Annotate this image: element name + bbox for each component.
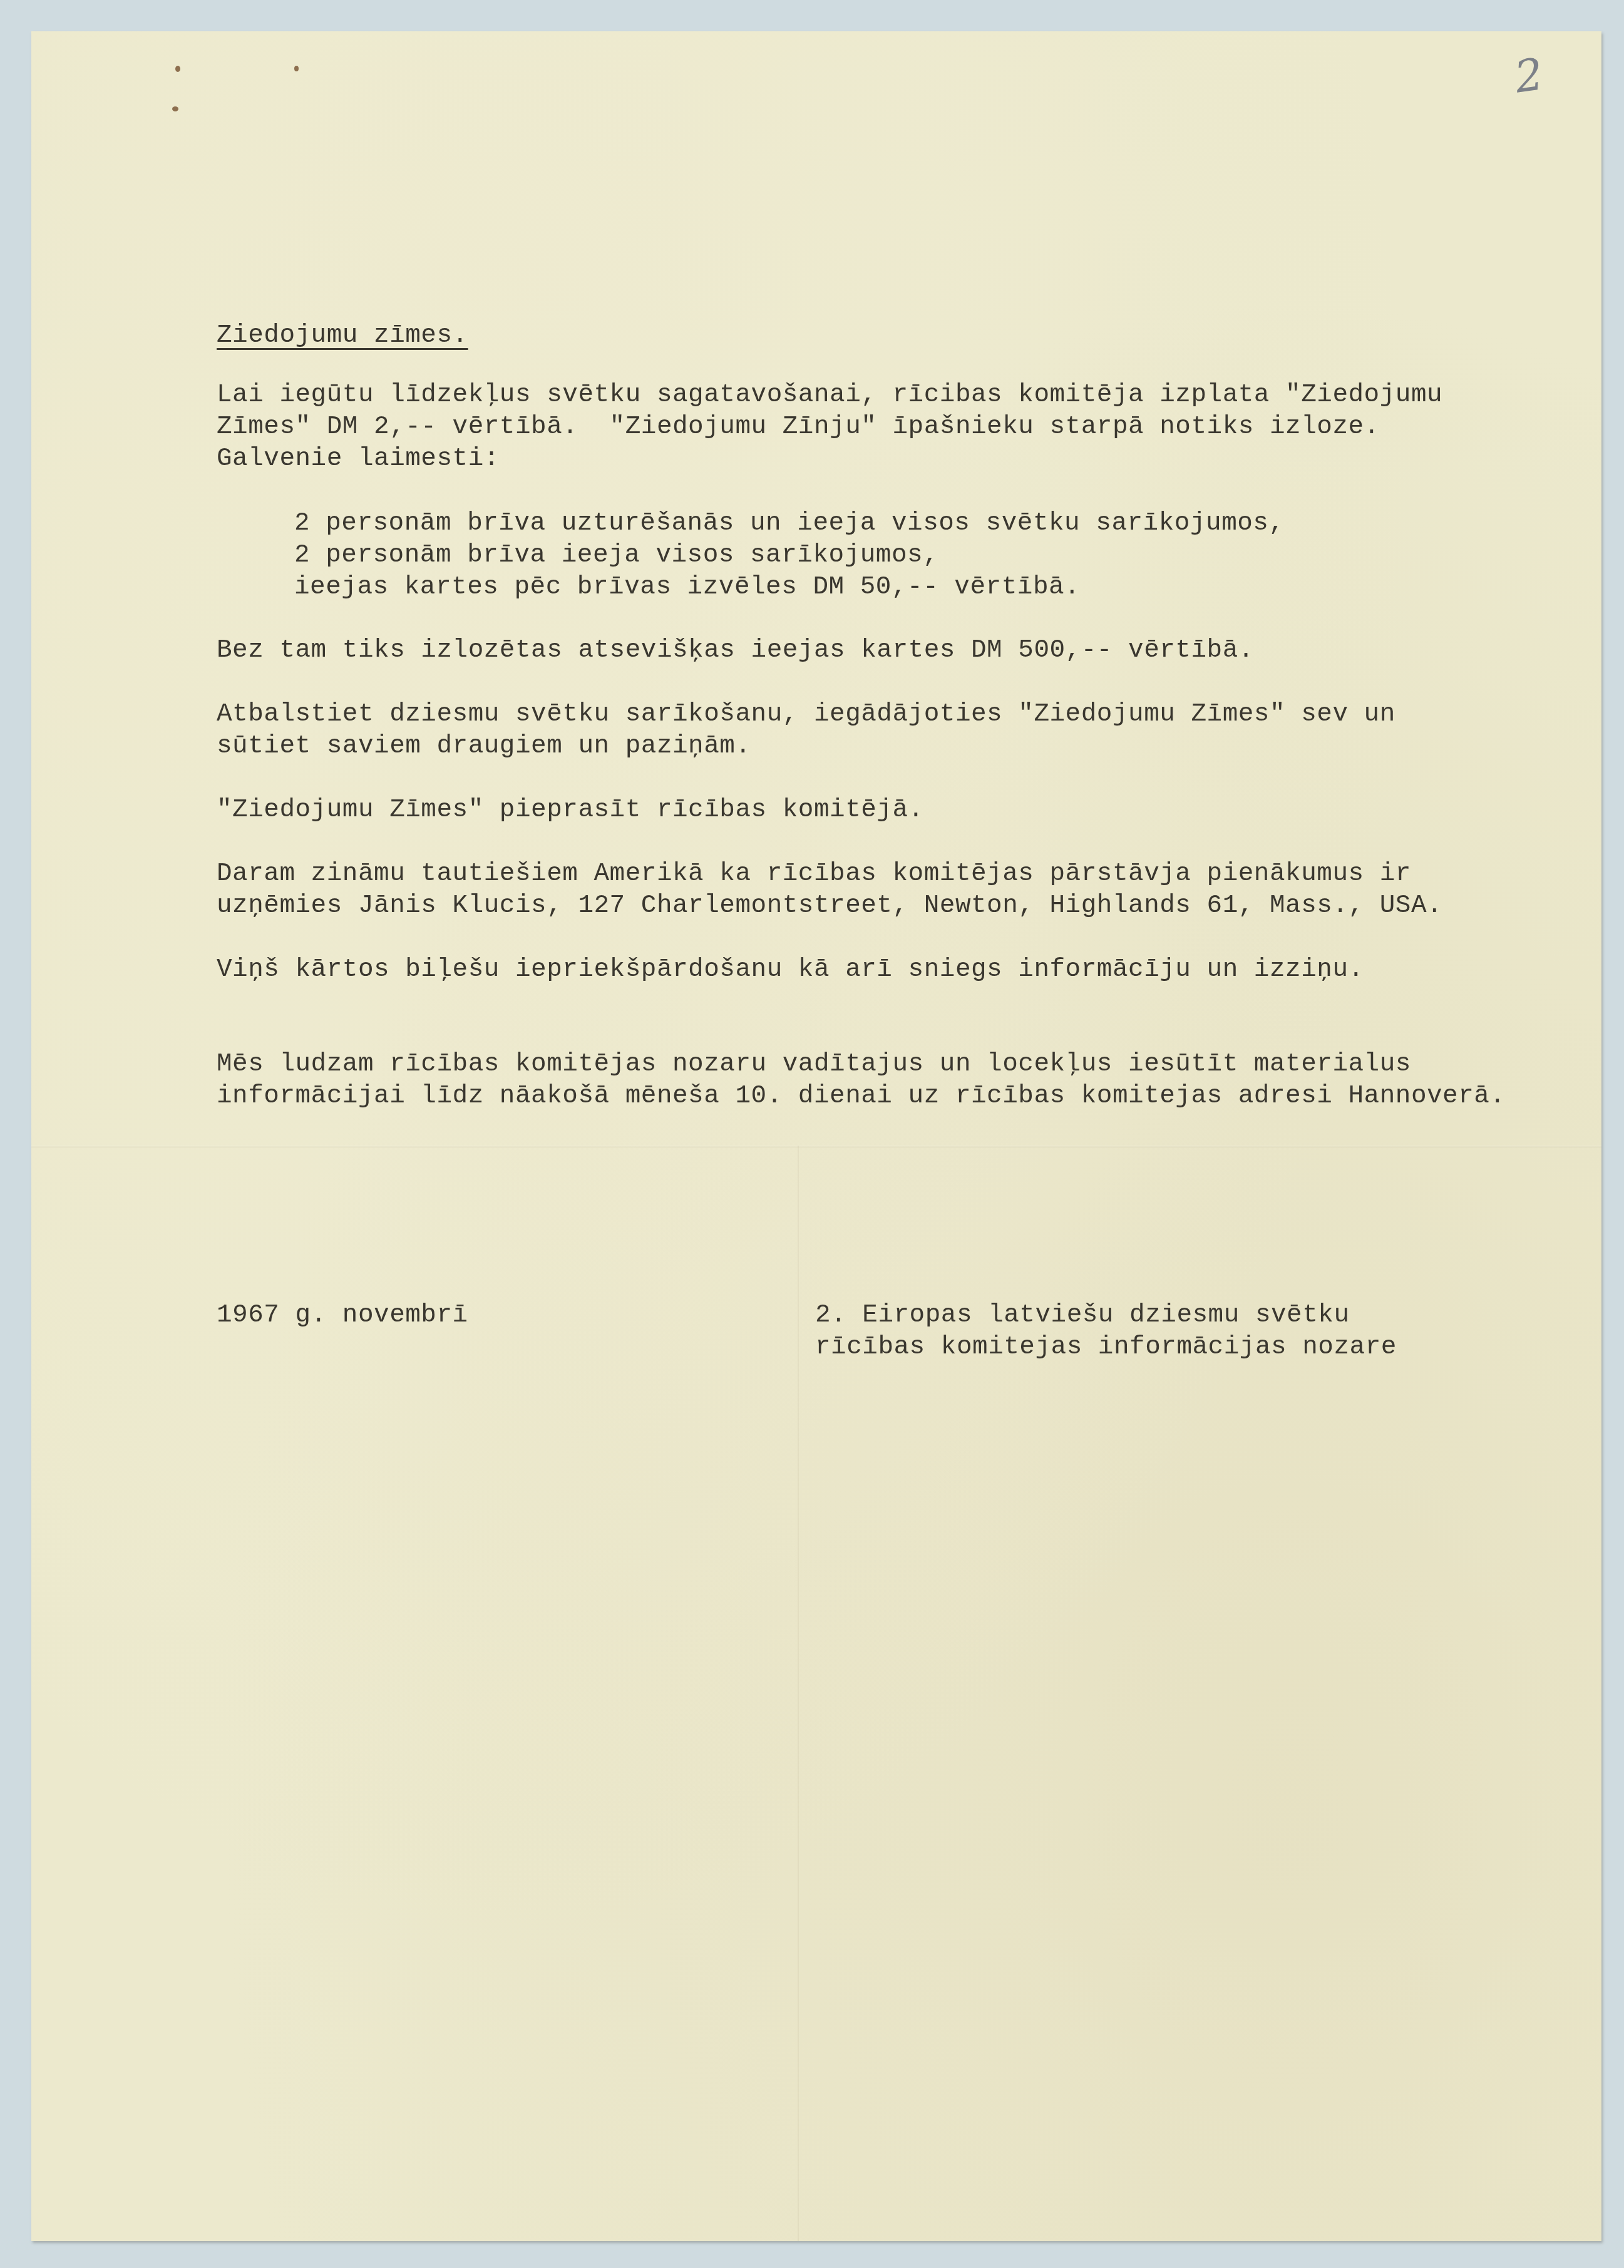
request-paragraph: "Ziedojumu Zīmes" pieprasīt rīcības komi… bbox=[217, 794, 924, 826]
paper-fold bbox=[31, 1146, 1601, 1147]
prize-item: ieejas kartes pēc brīvas izvēles DM 50,-… bbox=[294, 571, 1080, 603]
footer-signature-line-1: 2. Eiropas latviešu dziesmu svētku bbox=[815, 1299, 1350, 1332]
staple-hole bbox=[175, 66, 180, 72]
footer-signature-line-2: rīcības komitejas informācijas nozare bbox=[815, 1331, 1397, 1363]
handwritten-page-number: 2 bbox=[1512, 48, 1547, 103]
staple-hole bbox=[172, 106, 178, 111]
document-page: 2 Ziedojumu zīmes. Lai iegūtu līdzekļus … bbox=[31, 31, 1601, 2241]
support-line-1: Atbalstiet dziesmu svētku sarīkošanu, ie… bbox=[217, 698, 1395, 731]
document-heading: Ziedojumu zīmes. bbox=[217, 319, 468, 352]
prize-item: 2 personām brīva ieeja visos sarīkojumos… bbox=[294, 539, 938, 572]
america-line-2: uzņēmies Jānis Klucis, 127 Charlemontstr… bbox=[217, 890, 1442, 922]
footer-date: 1967 g. novembrī bbox=[217, 1299, 468, 1332]
paper-fold bbox=[798, 1146, 799, 2241]
intro-line-2: Zīmes" DM 2,-- vērtībā. "Ziedojumu Zīnju… bbox=[217, 411, 1380, 443]
support-line-2: sūtiet saviem draugiem un paziņām. bbox=[217, 730, 751, 762]
intro-line-1: Lai iegūtu līdzekļus svētku sagatavošana… bbox=[217, 379, 1442, 411]
america-line-1: Daram zināmu tautiešiem Amerikā ka rīcīb… bbox=[217, 858, 1411, 890]
tickets-paragraph: Viņš kārtos biļešu iepriekšpārdošanu kā … bbox=[217, 953, 1364, 986]
prize-item: 2 personām brīva uzturēšanās un ieeja vi… bbox=[294, 507, 1285, 540]
members-line-2: informācijai līdz nāakošā mēneša 10. die… bbox=[217, 1080, 1506, 1112]
extra-draw-paragraph: Bez tam tiks izlozētas atsevišķas ieejas… bbox=[217, 634, 1254, 667]
staple-hole bbox=[294, 66, 299, 71]
intro-line-3: Galvenie laimesti: bbox=[217, 443, 500, 475]
members-line-1: Mēs ludzam rīcības komitējas nozaru vadī… bbox=[217, 1048, 1411, 1080]
